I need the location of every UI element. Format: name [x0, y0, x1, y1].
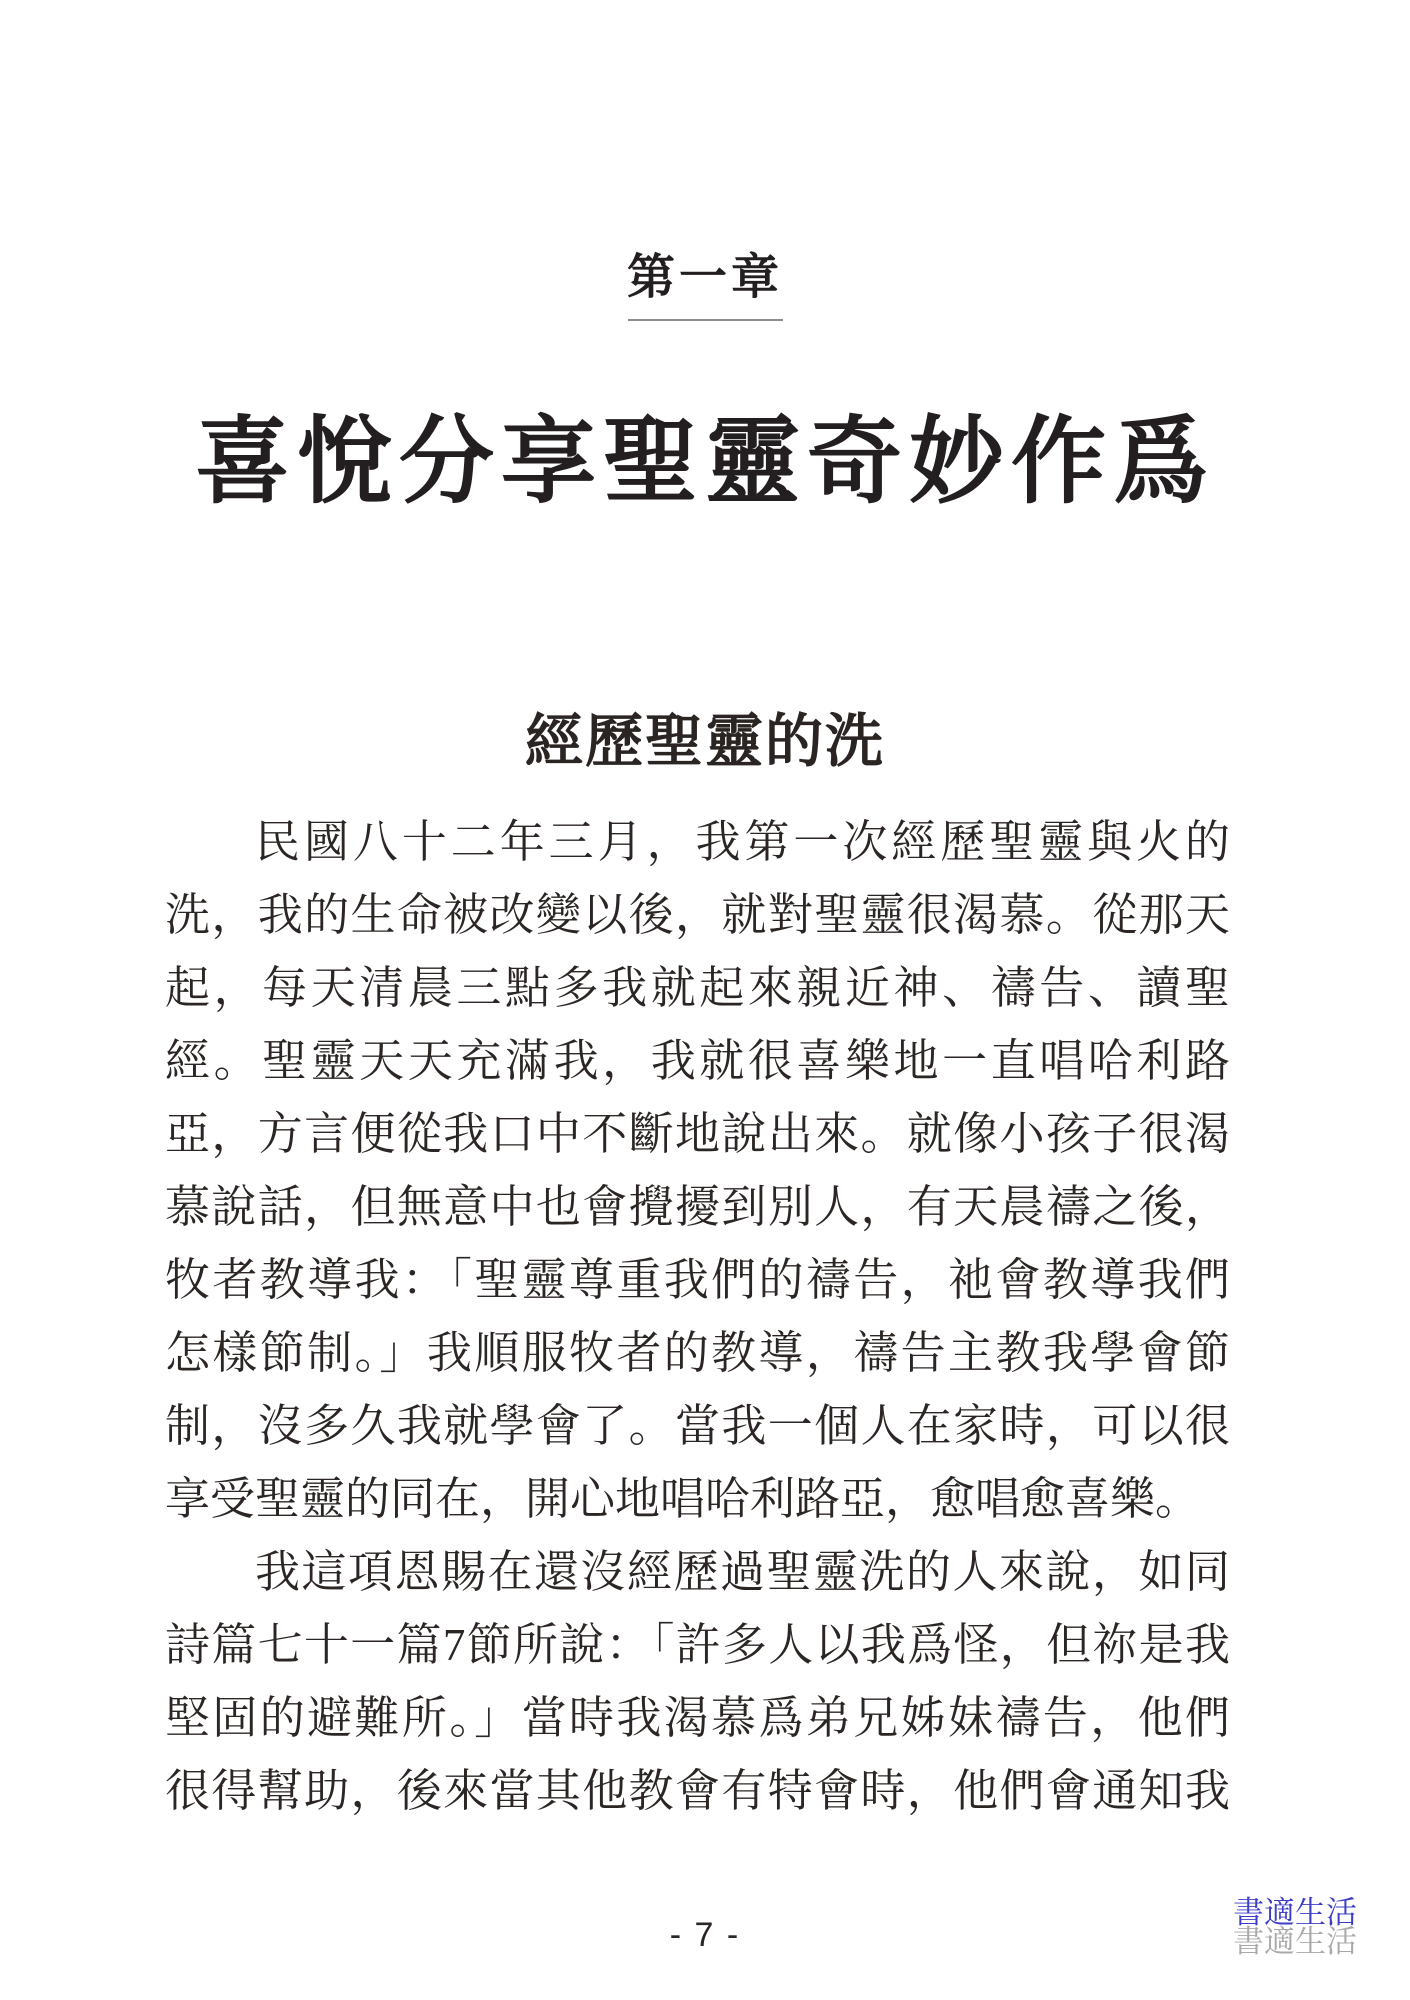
body-line: 亞，方言便從我口中不斷地說出來。就像小孩子很渴 — [165, 1098, 1230, 1171]
body-line: 起，每天清晨三點多我就起來親近神、禱告、讀聖 — [165, 952, 1230, 1025]
body-line: 經。聖靈天天充滿我，我就很喜樂地一直唱哈利路 — [165, 1025, 1230, 1098]
body-text: 民國八十二年三月，我第一次經歷聖靈與火的洗，我的生命被改變以後，就對聖靈很渴慕。… — [165, 806, 1230, 1828]
section-heading: 經歷聖靈的洗 — [0, 694, 1410, 778]
body-line: 很得幫助，後來當其他教會有特會時，他們會通知我 — [165, 1755, 1230, 1828]
watermark: 書適生活 書適生活 — [1233, 1898, 1357, 1956]
watermark-line-blue: 書適生活 — [1233, 1898, 1357, 1927]
body-line: 我這項恩賜在還沒經歷過聖靈洗的人來說，如同 — [165, 1536, 1230, 1609]
book-page: 第一章 喜悅分享聖靈奇妙作爲 經歷聖靈的洗 民國八十二年三月，我第一次經歷聖靈與… — [0, 0, 1410, 2000]
watermark-line-gray: 書適生活 — [1233, 1927, 1357, 1956]
body-line: 詩篇七十一篇7節所說：「許多人以我爲怪，但祢是我 — [165, 1609, 1230, 1682]
body-line: 牧者教導我：「聖靈尊重我們的禱告，祂會教導我們 — [165, 1244, 1230, 1317]
page-title: 喜悅分享聖靈奇妙作爲 — [0, 386, 1410, 522]
body-line: 怎樣節制。」我順服牧者的教導，禱告主教我學會節 — [165, 1317, 1230, 1390]
body-line: 慕說話，但無意中也會攪擾到別人，有天晨禱之後， — [165, 1171, 1230, 1244]
chapter-block: 第一章 — [0, 238, 1410, 321]
body-line: 制，沒多久我就學會了。當我一個人在家時，可以很 — [165, 1390, 1230, 1463]
chapter-label: 第一章 — [627, 238, 783, 307]
body-line: 享受聖靈的同在，開心地唱哈利路亞，愈唱愈喜樂。 — [165, 1463, 1230, 1536]
body-line: 洗，我的生命被改變以後，就對聖靈很渴慕。從那天 — [165, 879, 1230, 952]
body-line: 堅固的避難所。」當時我渴慕爲弟兄姊妹禱告，他們 — [165, 1682, 1230, 1755]
body-line: 民國八十二年三月，我第一次經歷聖靈與火的 — [165, 806, 1230, 879]
page-number: - 7 - — [0, 1916, 1410, 1955]
chapter-underline — [628, 319, 783, 321]
